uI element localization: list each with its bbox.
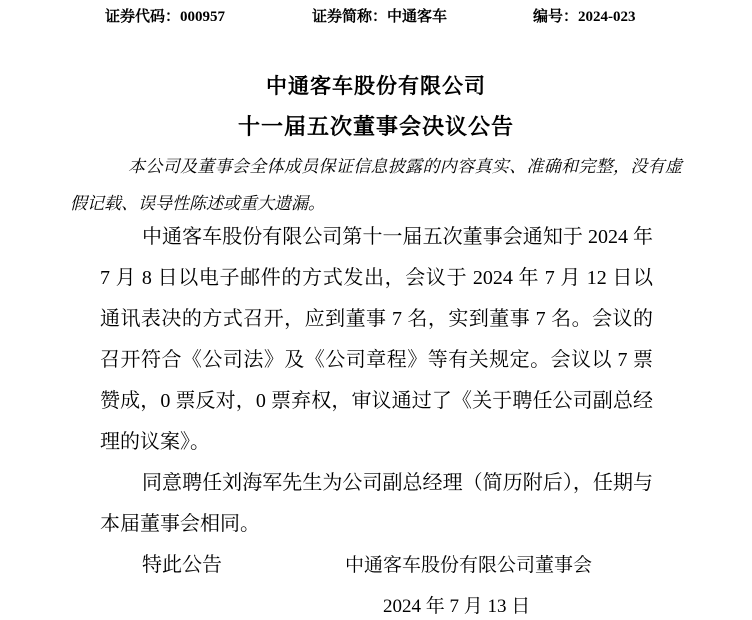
signature-date: 2024 年 7 月 13 日	[383, 586, 523, 620]
announcement-title: 十一届五次董事会决议公告	[0, 114, 752, 139]
announcement-number-value: 2024-023	[578, 9, 636, 25]
announcement-number-label: 编号：	[533, 9, 578, 25]
company-title: 中通客车股份有限公司	[0, 74, 752, 99]
signature-company: 中通客车股份有限公司董事会	[345, 545, 590, 586]
securities-code: 证券代码：000957	[105, 5, 225, 26]
disclaimer-statement: 本公司及董事会全体成员保证信息披露的内容真实、准确和完整，没有虚假记载、误导性陈…	[70, 148, 682, 222]
securities-name: 证券简称：中通客车	[312, 5, 447, 26]
announcement-document: 证券代码：000957 证券简称：中通客车 编号：2024-023 中通客车股份…	[0, 0, 752, 620]
securities-name-label: 证券简称：	[312, 9, 387, 25]
body-paragraph-meeting: 中通客车股份有限公司第十一届五次董事会通知于 2024 年 7 月 8 日以电子…	[100, 217, 653, 463]
announcement-number: 编号：2024-023	[533, 5, 636, 26]
announcement-body: 中通客车股份有限公司第十一届五次董事会通知于 2024 年 7 月 8 日以电子…	[100, 217, 653, 586]
securities-code-label: 证券代码：	[105, 9, 180, 25]
securities-code-value: 000957	[180, 9, 225, 25]
body-paragraph-appointment: 同意聘任刘海军先生为公司副总经理（简历附后），任期与本届董事会相同。	[100, 463, 653, 545]
securities-name-value: 中通客车	[387, 9, 447, 25]
